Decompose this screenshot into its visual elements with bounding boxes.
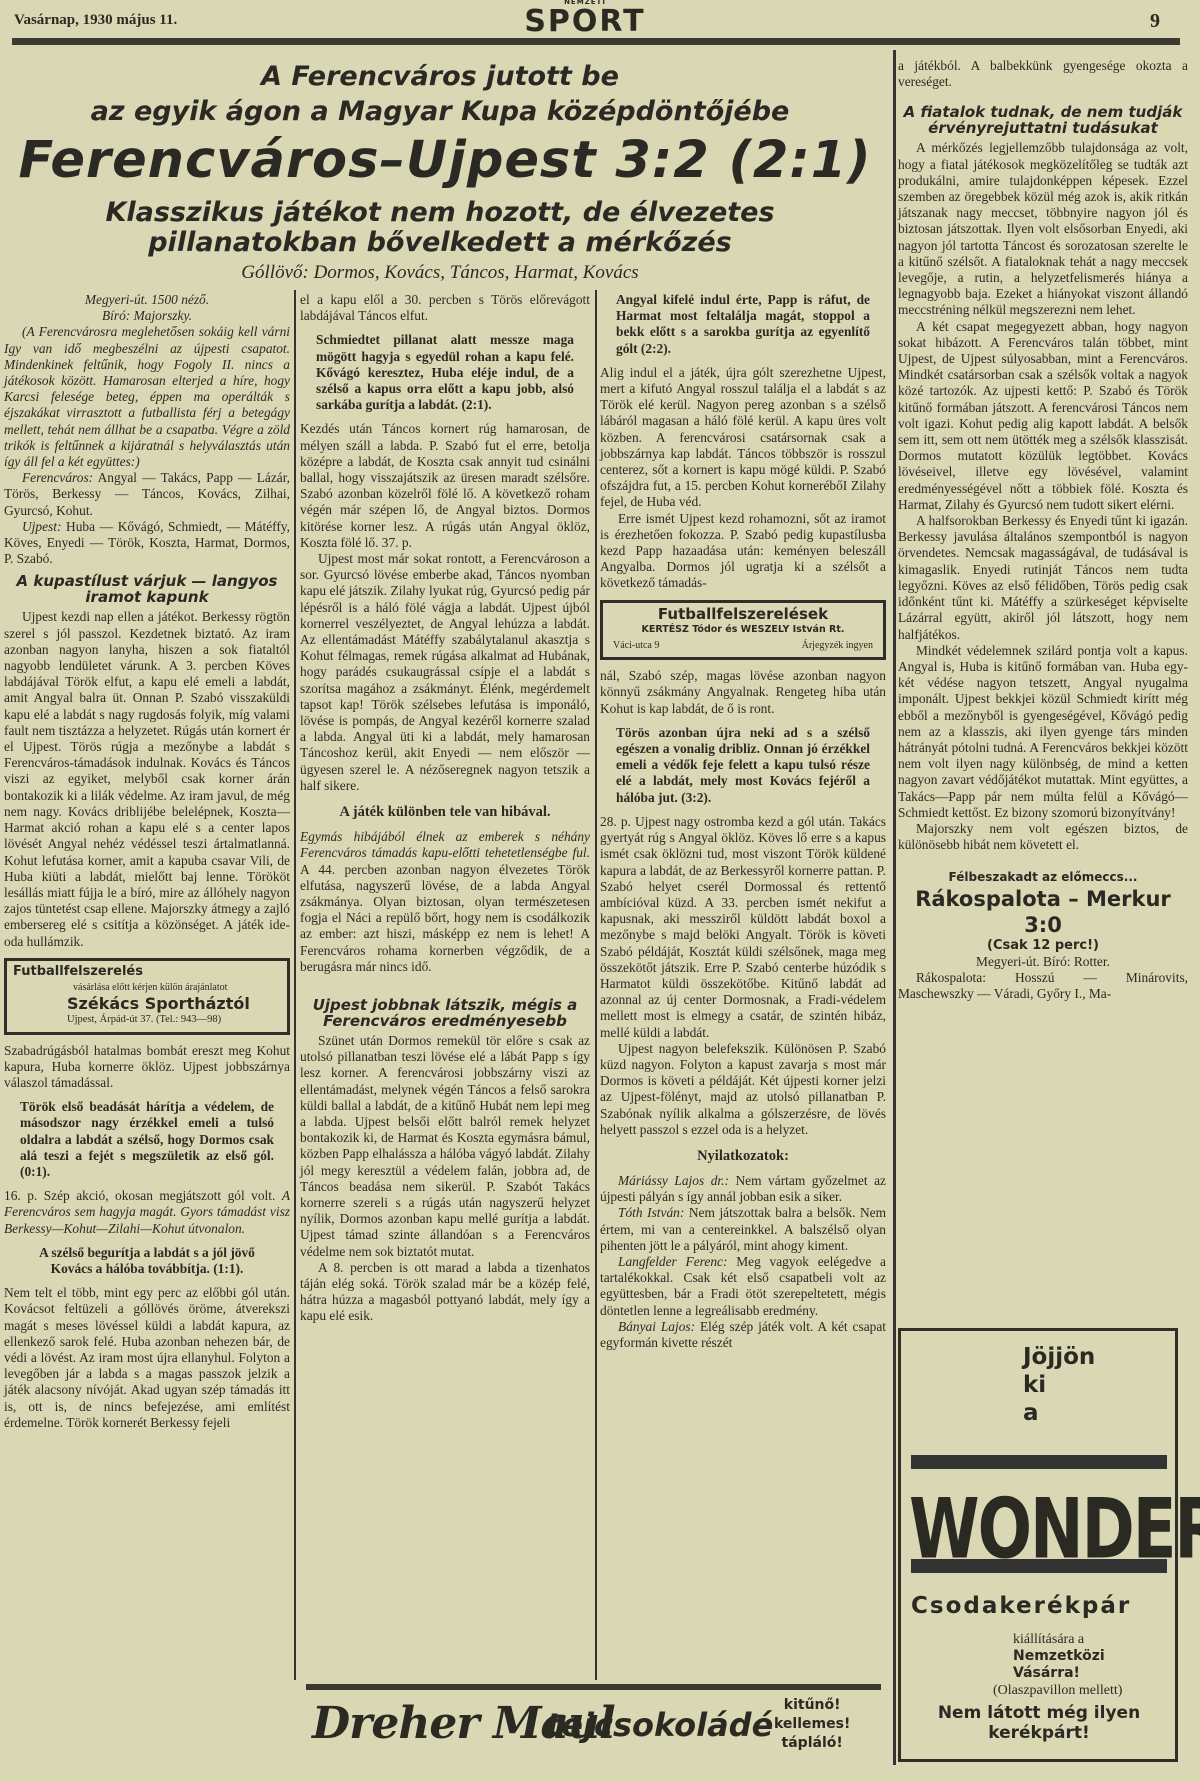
article-paragraph: A mérkőzés legjellemzőbb tulajdonsága az… bbox=[898, 140, 1188, 318]
article-paragraph: el a kapu elől a 30. percben s Törös elő… bbox=[300, 292, 590, 324]
article-column-4: a játékból. A balbekkünk gyengesége okoz… bbox=[898, 58, 1188, 1002]
article-paragraph: Mindkét védelemnek szilárd pontja volt a… bbox=[898, 643, 1188, 821]
statement: Máriássy Lajos dr.: Nem vártam győzelmet… bbox=[600, 1173, 886, 1205]
section-subheading: A játék különben tele van hibával. bbox=[300, 804, 590, 821]
intro-paragraph: (A Ferencvárosra meglehetősen sokáig kel… bbox=[4, 324, 290, 470]
dreher-tags: kitűnő! kellemes! tápláló! bbox=[774, 1696, 850, 1753]
article-column-3: Angyal kifelé indul érte, Papp is ráfut,… bbox=[600, 292, 886, 1351]
article-paragraph: A 8. percben is ott marad a labda a tize… bbox=[300, 1260, 590, 1325]
wonder-slogan: Nem látott még ilyen kerékpárt! bbox=[907, 1703, 1171, 1743]
ad-rule bbox=[911, 1455, 1167, 1469]
match-venue: Megyeri-út. 1500 néző. bbox=[4, 292, 290, 308]
goal-description: Törös azonban újra neki ad s a szélső eg… bbox=[600, 725, 886, 806]
article-paragraph: Erre ismét Ujpest kezd rohamozni, sőt az… bbox=[600, 511, 886, 592]
logo-text: SPORT bbox=[524, 4, 645, 39]
prematch-heading: Félbeszakadt az előmeccs... bbox=[898, 869, 1188, 885]
article-paragraph: Kezdés után Táncos kornert rúg hamarosan… bbox=[300, 421, 590, 551]
statements-list: Máriássy Lajos dr.: Nem vártam győzelmet… bbox=[600, 1173, 886, 1351]
article-paragraph: Nem telt el több, mint egy perc az előbb… bbox=[4, 1285, 290, 1431]
article-paragraph: A halfsorokban Berkessy és Enyedi tűnt k… bbox=[898, 513, 1188, 643]
article-paragraph: Szünet után Dormos remekül tör előre s c… bbox=[300, 1033, 590, 1260]
column-divider bbox=[294, 290, 296, 1680]
article-paragraph: A két csapat megegyezett abban, hogy nag… bbox=[898, 319, 1188, 513]
prematch-note: (Csak 12 perc!) bbox=[898, 938, 1188, 954]
prematch-score: Rákospalota – Merkur 3:0 bbox=[898, 886, 1188, 938]
statements-heading: Nyilatkozatok: bbox=[600, 1148, 886, 1165]
headline-line-2: az egyik ágon a Magyar Kupa középdöntőjé… bbox=[0, 97, 880, 127]
prematch-venue: Megyeri-út. Bíró: Rotter. bbox=[898, 954, 1188, 970]
section-subheading: A fiatalok tudnak, de nem tudják érvényr… bbox=[898, 104, 1188, 136]
article-paragraph: Ujpest most már sokat rontott, a Ferencv… bbox=[300, 551, 590, 794]
ad-rule bbox=[911, 1559, 1167, 1573]
headline-score: Ferencváros–Ujpest 3:2 (2:1) bbox=[0, 133, 890, 189]
article-paragraph: a játékból. A balbekkünk gyengesége okoz… bbox=[898, 58, 1188, 90]
advertisement-kertesz-weszely: Futballfelszerelések KERTÉSZ Tódor és WE… bbox=[600, 600, 886, 661]
lineup-ujpest: Ujpest: Huba — Kővágó, Schmiedt, — Mátéf… bbox=[4, 519, 290, 568]
article-column-2: el a kapu elől a 30. percben s Törös elő… bbox=[300, 292, 590, 1325]
article-paragraph: Majorszky nem volt egészen biztos, de kü… bbox=[898, 821, 1188, 853]
wonder-invite: Jöjjön ki a bbox=[1023, 1343, 1095, 1427]
article-paragraph: 28. p. Ujpest nagy ostromba kezd a gól u… bbox=[600, 814, 886, 1041]
goal-description: Török első beadását hárítja a védelem, d… bbox=[4, 1099, 290, 1180]
article-paragraph: 16. p. Szép akció, okosan megjátszott gó… bbox=[4, 1188, 290, 1237]
wonder-details: kiállítására a Nemzetközi Vásárra! (Olas… bbox=[1013, 1631, 1122, 1699]
headline-line-1: A Ferencváros jutott be bbox=[0, 62, 880, 92]
section-subheading: A kupastílust várjuk — langyos iramot ka… bbox=[4, 573, 290, 605]
wonder-product: Csodakerékpár bbox=[911, 1593, 1131, 1619]
article-paragraph: Alig indul el a játék, újra gólt szerezh… bbox=[600, 365, 886, 511]
goal-description: A szélső begurítja a labdát s a jól jövő… bbox=[4, 1245, 290, 1277]
ad-rule bbox=[306, 1684, 881, 1690]
newspaper-logo: NEMZETI SPORT bbox=[510, 0, 660, 38]
subheadline-2: pillanatokban bővelkedett a mérkőzés bbox=[0, 228, 880, 258]
article-paragraph: Szabadrúgásból hatalmas bombát ereszt me… bbox=[4, 1043, 290, 1092]
article-paragraph: Ujpest nagyon belefekszik. Különösen P. … bbox=[600, 1041, 886, 1138]
column-divider bbox=[595, 290, 597, 1680]
advertisement-dreher: Dreher Maul tejcsokoládé kitűnő! kelleme… bbox=[306, 1692, 886, 1762]
prematch-lineup: Rákospalota: Hosszú — Minárovits, Masche… bbox=[898, 970, 1188, 1002]
article-paragraph: nál, Szabó szép, magas lövése azonban na… bbox=[600, 668, 886, 717]
lineup-ferencvaros: Ferencváros: Angyal — Takács, Papp — Láz… bbox=[4, 470, 290, 519]
goal-scorers: Góllövő: Dormos, Kovács, Táncos, Harmat,… bbox=[0, 262, 880, 284]
article-paragraph: Ujpest kezdi nap ellen a játékot. Berkes… bbox=[4, 609, 290, 949]
goal-description: Angyal kifelé indul érte, Papp is ráfut,… bbox=[600, 292, 886, 357]
advertisement-wonder: Jöjjön ki a WONDER Csodakerékpár kiállít… bbox=[898, 1328, 1178, 1762]
statement: Tóth István: Nem játszottak balra a bels… bbox=[600, 1205, 886, 1254]
section-subheading: Ujpest jobbnak látszik, mégis a Ferencvá… bbox=[300, 997, 590, 1029]
page-number: 9 bbox=[1150, 10, 1160, 33]
masthead-rule bbox=[12, 38, 1180, 45]
article-column-1: Megyeri-út. 1500 néző. Bíró: Majorszky. … bbox=[4, 292, 290, 1431]
goal-description: Schmiedtet pillanat alatt messze maga mö… bbox=[300, 332, 590, 413]
statement: Bányai Lajos: Elég szép játék volt. A ké… bbox=[600, 1319, 886, 1351]
subheadline-1: Klasszikus játékot nem hozott, de élveze… bbox=[0, 198, 880, 228]
article-paragraph: Egymás hibájából élnek az emberek s néhá… bbox=[300, 829, 590, 975]
statement: Langfelder Ferenc: Meg vagyok eelégedve … bbox=[600, 1254, 886, 1319]
column-divider bbox=[893, 50, 896, 1765]
dreher-product: tejcsokoládé bbox=[546, 1706, 773, 1744]
issue-date: Vasárnap, 1930 május 11. bbox=[14, 12, 177, 29]
match-referee: Bíró: Majorszky. bbox=[4, 308, 290, 324]
advertisement-szekacs: Futballfelszerelés vásárlása előtt kérje… bbox=[4, 958, 290, 1035]
